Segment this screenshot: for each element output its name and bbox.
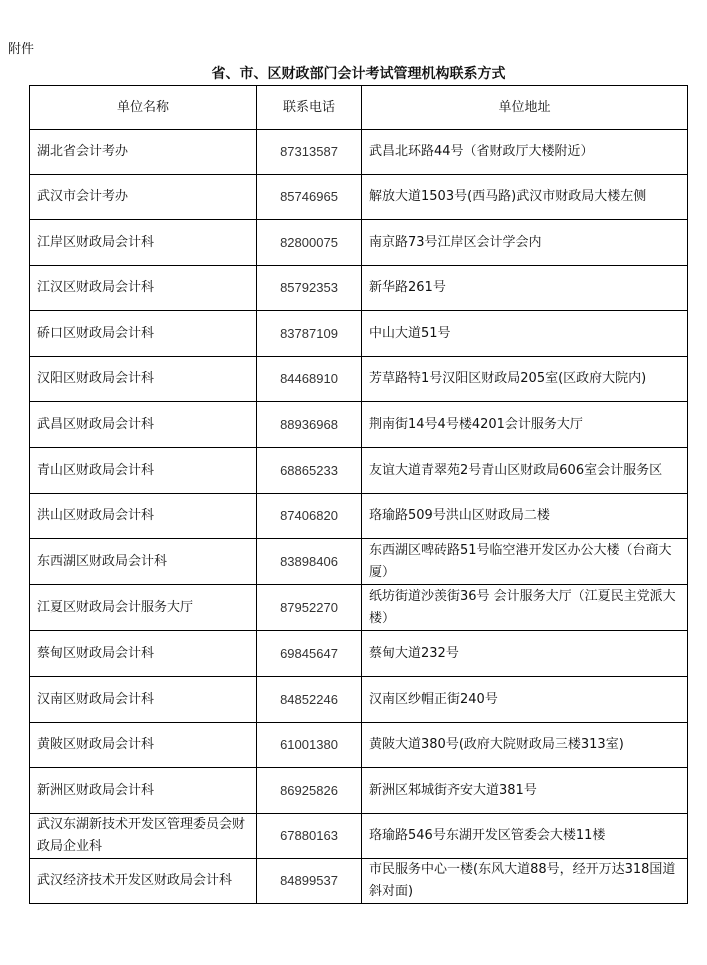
unit-name-cell: 汉南区财政局会计科 xyxy=(30,677,257,723)
address-cell: 武昌北环路44号（省财政厅大楼附近） xyxy=(362,130,688,175)
unit-name-cell: 江夏区财政局会计服务大厅 xyxy=(30,585,257,631)
address-cell: 解放大道1503号(西马路)武汉市财政局大楼左侧 xyxy=(362,175,688,220)
table-row: 蔡甸区财政局会计科69845647蔡甸大道232号 xyxy=(30,631,688,677)
address-cell: 新华路261号 xyxy=(362,266,688,311)
unit-name-cell: 蔡甸区财政局会计科 xyxy=(30,631,257,677)
unit-name-cell: 武汉东湖新技术开发区管理委员会财政局企业科 xyxy=(30,814,257,859)
address-cell: 荆南街14号4号楼4201会计服务大厅 xyxy=(362,402,688,448)
unit-name-cell: 武昌区财政局会计科 xyxy=(30,402,257,448)
address-cell: 珞瑜路509号洪山区财政局二楼 xyxy=(362,494,688,539)
address-cell: 南京路73号江岸区会计学会内 xyxy=(362,220,688,266)
document-title: 省、市、区财政部门会计考试管理机构联系方式 xyxy=(0,63,707,83)
phone-cell: 83787109 xyxy=(257,311,362,357)
unit-name-cell: 新洲区财政局会计科 xyxy=(30,768,257,814)
address-cell: 新洲区邾城街齐安大道381号 xyxy=(362,768,688,814)
table-row: 汉南区财政局会计科84852246汉南区纱帽正街240号 xyxy=(30,677,688,723)
table-row: 青山区财政局会计科68865233友谊大道青翠苑2号青山区财政局606室会计服务… xyxy=(30,448,688,494)
unit-name-cell: 江汉区财政局会计科 xyxy=(30,266,257,311)
phone-cell: 85792353 xyxy=(257,266,362,311)
unit-name-cell: 汉阳区财政局会计科 xyxy=(30,357,257,402)
phone-cell: 84899537 xyxy=(257,859,362,904)
phone-cell: 87406820 xyxy=(257,494,362,539)
unit-name-cell: 东西湖区财政局会计科 xyxy=(30,539,257,585)
header-unit-name: 单位名称 xyxy=(30,86,257,130)
phone-cell: 84852246 xyxy=(257,677,362,723)
table-row: 湖北省会计考办87313587武昌北环路44号（省财政厅大楼附近） xyxy=(30,130,688,175)
address-cell: 黄陂大道380号(政府大院财政局三楼313室) xyxy=(362,723,688,768)
table-row: 汉阳区财政局会计科84468910芳草路特1号汉阳区财政局205室(区政府大院内… xyxy=(30,357,688,402)
phone-cell: 86925826 xyxy=(257,768,362,814)
unit-name-cell: 硚口区财政局会计科 xyxy=(30,311,257,357)
phone-cell: 87313587 xyxy=(257,130,362,175)
phone-cell: 85746965 xyxy=(257,175,362,220)
table-row: 东西湖区财政局会计科83898406东西湖区啤砖路51号临空港开发区办公大楼（台… xyxy=(30,539,688,585)
unit-name-cell: 青山区财政局会计科 xyxy=(30,448,257,494)
address-cell: 东西湖区啤砖路51号临空港开发区办公大楼（台商大厦） xyxy=(362,539,688,585)
phone-cell: 83898406 xyxy=(257,539,362,585)
table-row: 硚口区财政局会计科83787109中山大道51号 xyxy=(30,311,688,357)
phone-cell: 82800075 xyxy=(257,220,362,266)
table-row: 江汉区财政局会计科85792353新华路261号 xyxy=(30,266,688,311)
table-row: 洪山区财政局会计科87406820珞瑜路509号洪山区财政局二楼 xyxy=(30,494,688,539)
header-phone: 联系电话 xyxy=(257,86,362,130)
contact-table: 单位名称 联系电话 单位地址 湖北省会计考办87313587武昌北环路44号（省… xyxy=(29,85,688,904)
table-row: 黄陂区财政局会计科61001380黄陂大道380号(政府大院财政局三楼313室) xyxy=(30,723,688,768)
unit-name-cell: 黄陂区财政局会计科 xyxy=(30,723,257,768)
phone-cell: 84468910 xyxy=(257,357,362,402)
address-cell: 友谊大道青翠苑2号青山区财政局606室会计服务区 xyxy=(362,448,688,494)
unit-name-cell: 江岸区财政局会计科 xyxy=(30,220,257,266)
table-row: 武昌区财政局会计科88936968荆南街14号4号楼4201会计服务大厅 xyxy=(30,402,688,448)
address-cell: 中山大道51号 xyxy=(362,311,688,357)
table-row: 新洲区财政局会计科86925826新洲区邾城街齐安大道381号 xyxy=(30,768,688,814)
table-row: 武汉经济技术开发区财政局会计科84899537市民服务中心一楼(东风大道88号，… xyxy=(30,859,688,904)
phone-cell: 68865233 xyxy=(257,448,362,494)
address-cell: 纸坊街道沙羡街36号 会计服务大厅（江夏民主党派大楼） xyxy=(362,585,688,631)
table-header-row: 单位名称 联系电话 单位地址 xyxy=(30,86,688,130)
unit-name-cell: 洪山区财政局会计科 xyxy=(30,494,257,539)
table-row: 江岸区财政局会计科82800075南京路73号江岸区会计学会内 xyxy=(30,220,688,266)
phone-cell: 67880163 xyxy=(257,814,362,859)
header-address: 单位地址 xyxy=(362,86,688,130)
phone-cell: 61001380 xyxy=(257,723,362,768)
table-row: 武汉市会计考办85746965解放大道1503号(西马路)武汉市财政局大楼左侧 xyxy=(30,175,688,220)
address-cell: 芳草路特1号汉阳区财政局205室(区政府大院内) xyxy=(362,357,688,402)
unit-name-cell: 湖北省会计考办 xyxy=(30,130,257,175)
table-row: 江夏区财政局会计服务大厅87952270纸坊街道沙羡街36号 会计服务大厅（江夏… xyxy=(30,585,688,631)
address-cell: 蔡甸大道232号 xyxy=(362,631,688,677)
phone-cell: 87952270 xyxy=(257,585,362,631)
unit-name-cell: 武汉经济技术开发区财政局会计科 xyxy=(30,859,257,904)
phone-cell: 88936968 xyxy=(257,402,362,448)
address-cell: 汉南区纱帽正街240号 xyxy=(362,677,688,723)
address-cell: 珞瑜路546号东湖开发区管委会大楼11楼 xyxy=(362,814,688,859)
phone-cell: 69845647 xyxy=(257,631,362,677)
table-row: 武汉东湖新技术开发区管理委员会财政局企业科67880163珞瑜路546号东湖开发… xyxy=(30,814,688,859)
attachment-label: 附件 xyxy=(8,38,34,57)
unit-name-cell: 武汉市会计考办 xyxy=(30,175,257,220)
address-cell: 市民服务中心一楼(东风大道88号，经开万达318国道斜对面) xyxy=(362,859,688,904)
